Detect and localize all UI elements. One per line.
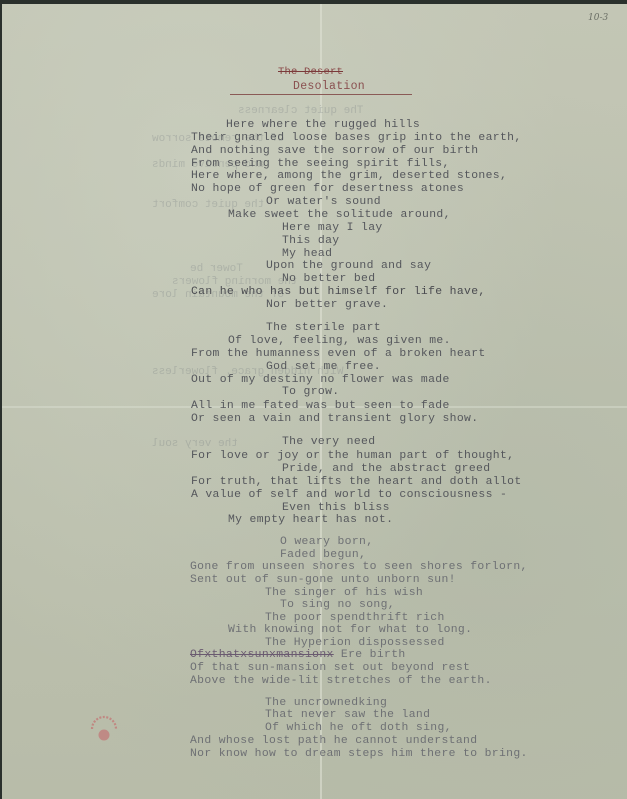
- poem-line: The sterile part: [266, 322, 381, 335]
- poem-line: That never saw the land: [265, 709, 430, 722]
- poem-line: Gone from unseen shores to seen shores f…: [190, 561, 528, 574]
- poem-line: My empty heart has not.: [228, 514, 393, 527]
- poem-line: Or seen a vain and transient glory show.: [191, 413, 478, 426]
- poem-line: Above the wide-lit stretches of the eart…: [190, 675, 492, 688]
- poem-line: O weary born,: [280, 536, 373, 549]
- poem-line: To sing no song,: [280, 599, 395, 612]
- poem-line: Here where the rugged hills: [226, 119, 420, 132]
- poem-line: Or water's sound: [266, 196, 381, 209]
- poem-line: Of love, feeling, was given me.: [228, 335, 451, 348]
- document-page: The quiet clearness of the remote sorrow…: [2, 4, 627, 799]
- poem-line: Make sweet the solitude around,: [228, 209, 451, 222]
- poem-line: Their gnarled loose bases grip into the …: [191, 132, 522, 145]
- poem-line: Nor know how to dream steps him there to…: [190, 748, 528, 761]
- poem-line: For love or joy or the human part of tho…: [191, 450, 514, 463]
- poem-line: From the humanness even of a broken hear…: [191, 348, 486, 361]
- poem-line: With knowing not for what to long.: [228, 624, 472, 637]
- poem-line: The very need: [282, 436, 375, 449]
- title-underline: [230, 94, 412, 95]
- bleed-through-text: Tower be: [190, 263, 243, 275]
- page-reference-number: 10-3: [588, 13, 608, 23]
- poem-line: This day: [282, 235, 339, 248]
- poem-line: To grow.: [282, 386, 339, 399]
- poem-line: Here may I lay: [282, 222, 383, 235]
- poem-line: And whose lost path he cannot understand: [190, 735, 477, 748]
- poem-title: Desolation: [293, 80, 365, 93]
- poem-line: Here where, among the grim, deserted sto…: [191, 170, 507, 183]
- struck-out-title: The Desert: [278, 66, 343, 78]
- poem-line: Nor better grave.: [266, 299, 388, 312]
- poem-line: Can he who has but himself for life have…: [191, 286, 486, 299]
- poem-line-with-strikeout: Ofxthatxsunxmansionx Ere birth: [190, 649, 406, 662]
- bleed-through-text: the very soul: [152, 438, 238, 450]
- struck-out-text: Ofxthatxsunxmansionx: [190, 649, 334, 661]
- poem-line: All in me fated was but seen to fade: [191, 400, 450, 413]
- poem-line: For truth, that lifts the heart and doth…: [191, 476, 522, 489]
- archive-stamp-icon: [86, 713, 122, 749]
- bleed-through-text: The quiet clearness: [238, 105, 363, 117]
- poem-line: God set me free.: [266, 361, 381, 374]
- poem-line: Of that sun-mansion set out beyond rest: [190, 662, 470, 675]
- poem-line-text: Ere birth: [341, 649, 406, 661]
- poem-line: No hope of green for desertness atones: [191, 183, 464, 196]
- poem-line: And nothing save the sorrow of our birth: [191, 145, 478, 158]
- poem-line: Upon the ground and say: [266, 260, 431, 273]
- poem-line: Pride, and the abstract greed: [282, 463, 490, 476]
- poem-line: No better bed: [282, 273, 375, 286]
- poem-line: Of which he oft doth sing,: [265, 722, 452, 735]
- poem-line: A value of self and world to consciousne…: [191, 489, 507, 502]
- poem-line: Sent out of sun-gone unto unborn sun!: [190, 574, 456, 587]
